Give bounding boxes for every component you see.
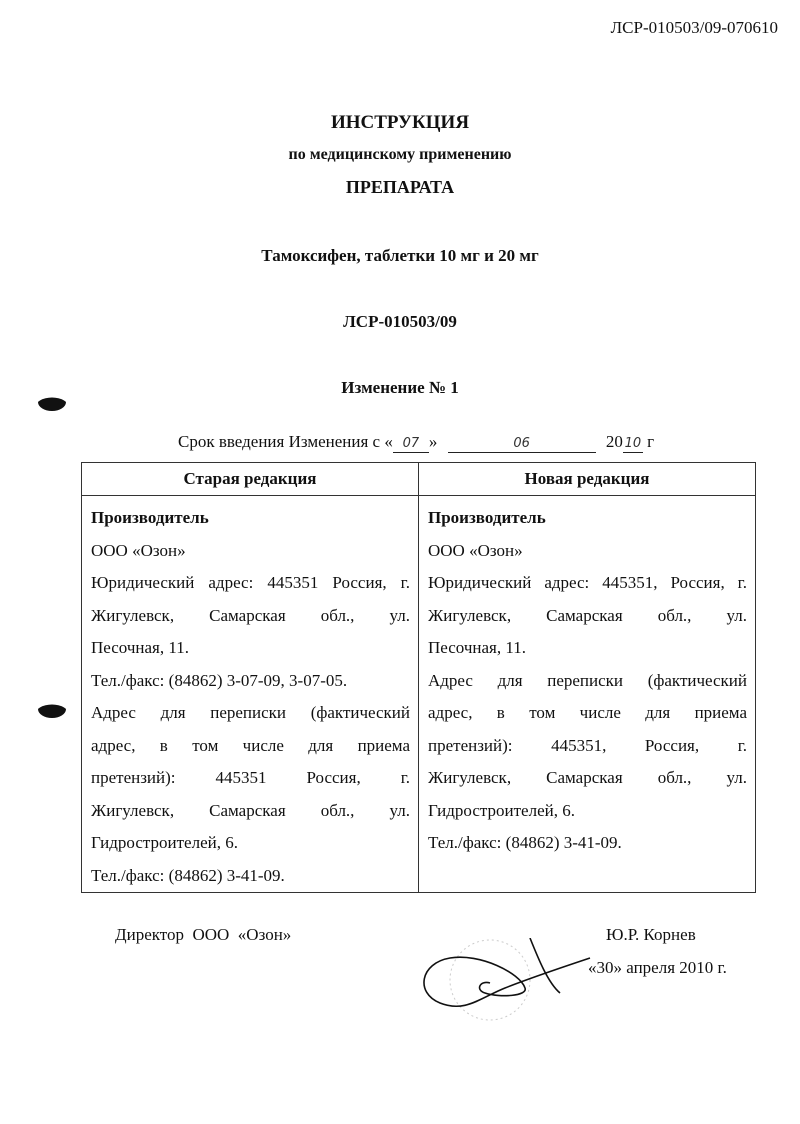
term-year-prefix: 20 — [606, 432, 623, 451]
cell-line: Тел./факс: (84862) 3-41-09. — [428, 827, 747, 860]
cell-line: Юридический адрес: 445351 Россия, г. — [91, 567, 410, 600]
term-month: 06 — [448, 436, 596, 453]
term-day: 07 — [393, 436, 429, 453]
product-name: Тамоксифен, таблетки 10 мг и 20 мг — [0, 246, 800, 266]
document-title: ИНСТРУКЦИЯ — [0, 112, 800, 134]
cell-line: Гидростроителей, 6. — [91, 827, 410, 860]
cell-line: Юридический адрес: 445351, Россия, г. — [428, 567, 747, 600]
document-subtitle-2: ПРЕПАРАТА — [0, 177, 800, 198]
effective-term: Срок введения Изменения с «07» 06 2010 г — [178, 432, 654, 453]
cell-line: Адрес для переписки (фактический — [91, 697, 410, 730]
term-prefix: Срок введения Изменения с « — [178, 432, 393, 451]
signatory-position: Директор ООО «Озон» — [115, 925, 291, 945]
punch-hole-icon — [38, 700, 66, 718]
term-year-suffix: 10 — [623, 436, 643, 453]
new-edition-cell: Производитель ООО «Озон»Юридический адре… — [419, 496, 756, 893]
cell-line: Адрес для переписки (фактический — [428, 665, 747, 698]
cell-line: адрес, в том числе для приема — [428, 697, 747, 730]
column-header-new: Новая редакция — [419, 463, 756, 496]
document-subtitle: по медицинскому применению — [0, 146, 800, 164]
cell-line: претензий): 445351, Россия, г. — [428, 730, 747, 763]
old-lines: ООО «Озон»Юридический адрес: 445351 Росс… — [91, 535, 410, 893]
cell-line: адрес, в том числе для приема — [91, 730, 410, 763]
cell-line: Песочная, 11. — [91, 632, 410, 665]
cell-line: ООО «Озон» — [428, 535, 747, 568]
cell-line: Жигулевск, Самарская обл., ул. — [91, 600, 410, 633]
new-lines: ООО «Озон»Юридический адрес: 445351, Рос… — [428, 535, 747, 860]
registration-number: ЛСР-010503/09 — [0, 312, 800, 332]
column-header-old: Старая редакция — [82, 463, 419, 496]
cell-line: претензий): 445351 Россия, г. — [91, 762, 410, 795]
cell-line: Гидростроителей, 6. — [428, 795, 747, 828]
document-id: ЛСР-010503/09-070610 — [611, 18, 778, 38]
signatory-name: Ю.Р. Корнев — [606, 925, 696, 945]
cell-line: ООО «Озон» — [91, 535, 410, 568]
new-heading: Производитель — [428, 502, 747, 535]
cell-line: Жигулевск, Самарская обл., ул. — [428, 762, 747, 795]
change-number: Изменение № 1 — [0, 378, 800, 398]
term-mid: » — [429, 432, 438, 451]
handwritten-signature-icon — [410, 938, 610, 1028]
cell-line: Песочная, 11. — [428, 632, 747, 665]
term-end: г — [643, 432, 654, 451]
cell-line: Жигулевск, Самарская обл., ул. — [428, 600, 747, 633]
cell-line: Тел./факс: (84862) 3-41-09. — [91, 860, 410, 893]
old-edition-cell: Производитель ООО «Озон»Юридический адре… — [82, 496, 419, 893]
old-heading: Производитель — [91, 502, 410, 535]
comparison-table: Старая редакция Новая редакция Производи… — [81, 462, 756, 893]
cell-line: Жигулевск, Самарская обл., ул. — [91, 795, 410, 828]
cell-line: Тел./факс: (84862) 3-07-09, 3-07-05. — [91, 665, 410, 698]
